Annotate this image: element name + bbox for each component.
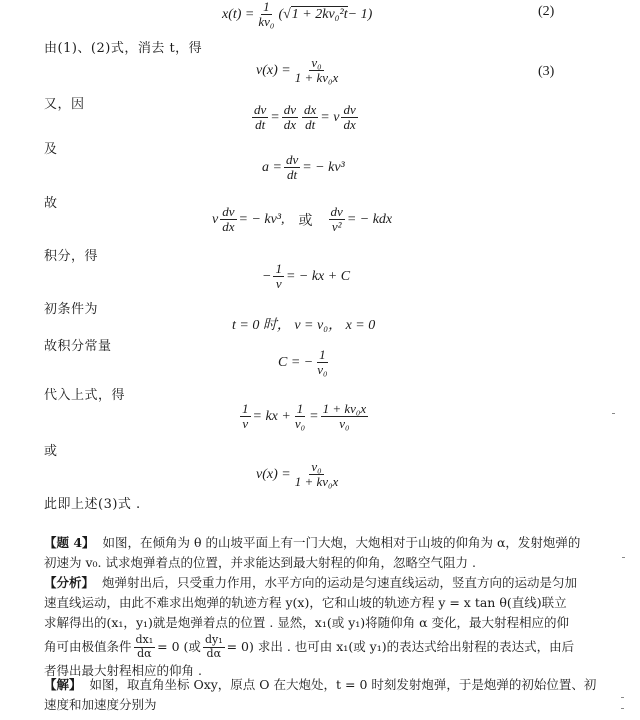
analysis-title: 【分析】: [44, 575, 94, 590]
label-and: 及: [44, 138, 58, 157]
solution-title: 【解】: [44, 677, 82, 692]
label-integration-constant: 故积分常量: [44, 335, 112, 354]
label-or: 或: [44, 440, 58, 459]
problem-4: 【题 4】 如图，在倾角为 θ 的山坡平面上有一门大炮，大炮相对于山坡的仰角为 …: [44, 533, 604, 573]
equation-number-3: (3): [538, 64, 554, 80]
scan-speck: [612, 413, 615, 414]
equation-substitution: 1v = kx + 1v₀ = 1 + kv₀xv₀: [238, 402, 370, 432]
solution-section: 【解】 如图，取直角坐标 Oxy，原点 O 在大炮处，t = 0 时刻发射炮弹，…: [44, 675, 604, 715]
equation-2: x(t) = 1kv₀ (√1 + 2kv₀²t − 1): [222, 0, 372, 30]
eq2-lhs: x(t) =: [222, 7, 254, 23]
label-substitute: 代入上式，得: [44, 384, 125, 403]
equation-separation: v dvdx = − kv³, 或 dvv² = − kdx: [212, 205, 392, 235]
label-initial-conditions: 初条件为: [44, 298, 98, 317]
label-integrate: 积分，得: [44, 245, 98, 264]
label-eliminate: 由(1)、(2)式，消去 t，得: [44, 37, 202, 56]
equation-3: v(x) = v₀1 + kv₀x: [256, 56, 342, 86]
problem-4-title: 【题 4】: [44, 535, 95, 550]
scan-speck: [621, 708, 624, 709]
equation-initial: t = 0 时， v = v₀， x = 0: [232, 314, 375, 334]
equation-number-2: (2): [538, 4, 554, 20]
scan-speck: [622, 557, 625, 558]
label-also-because: 又，因: [44, 93, 85, 112]
equation-integral: − 1v = − kx + C: [262, 262, 350, 292]
label-this-is-eq3: 此即上述(3)式 .: [44, 493, 141, 512]
scan-speck: [621, 697, 624, 698]
equation-final: v(x) = v₀1 + kv₀x: [256, 460, 342, 490]
equation-acceleration: a = dvdt = − kv³: [262, 153, 345, 183]
label-therefore: 故: [44, 192, 58, 211]
equation-constant: C = − 1v₀: [278, 348, 332, 378]
analysis-section: 【分析】 炮弹射出后，只受重力作用，水平方向的运动是匀速直线运动，竖直方向的运动…: [44, 573, 604, 681]
equation-chain-rule: dvdt = dvdx dxdt = v dvdx: [250, 103, 360, 133]
